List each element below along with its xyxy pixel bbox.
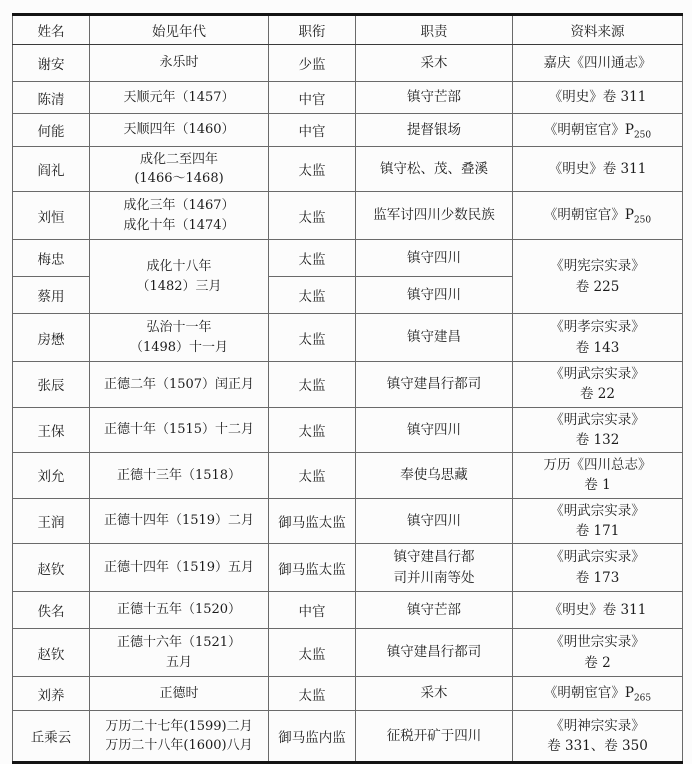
cell-name: 陈清	[13, 82, 90, 114]
cell-name: 张辰	[13, 362, 90, 408]
cell-era: 正德十三年（1518）	[90, 453, 269, 499]
header-era: 始见年代	[90, 15, 269, 45]
cell-duty: 监军讨四川少数民族	[356, 192, 513, 240]
cell-era: 永乐时	[90, 45, 269, 82]
cell-source: 《明武宗实录》卷 171	[513, 498, 683, 544]
cell-title: 御马监太监	[269, 498, 356, 544]
cell-era: 正德时	[90, 677, 269, 711]
cell-era: 正德十四年（1519）二月	[90, 498, 269, 544]
cell-duty: 镇守松、茂、叠溪	[356, 147, 513, 192]
cell-duty: 镇守四川	[356, 498, 513, 544]
page: 姓名 始见年代 职衔 职责 资料来源 谢安 永乐时 少监 采木 嘉庆《四川通志》…	[0, 0, 692, 764]
cell-name: 梅忠	[13, 240, 90, 277]
header-title: 职衔	[269, 15, 356, 45]
cell-duty: 镇守四川	[356, 277, 513, 314]
cell-title: 太监	[269, 277, 356, 314]
table-row: 何能 天顺四年（1460） 中官 提督银场 《明朝宦官》P250	[13, 114, 683, 147]
header-name: 姓名	[13, 15, 90, 45]
cell-era: 成化十八年（1482）三月	[90, 240, 269, 314]
cell-name: 赵钦	[13, 629, 90, 677]
page-subscript: 265	[634, 694, 651, 704]
table-row: 张辰 正德二年（1507）闰正月 太监 镇守建昌行都司 《明武宗实录》卷 22	[13, 362, 683, 408]
cell-name: 何能	[13, 114, 90, 147]
cell-source: 《明宪宗实录》卷 225	[513, 240, 683, 314]
cell-duty: 奉使乌思藏	[356, 453, 513, 499]
table-row: 赵钦 正德十四年（1519）五月 御马监太监 镇守建昌行都司并川南等处 《明武宗…	[13, 544, 683, 592]
cell-name: 阎礼	[13, 147, 90, 192]
header-source: 资料来源	[513, 15, 683, 45]
cell-name: 蔡用	[13, 277, 90, 314]
cell-source: 《明武宗实录》卷 173	[513, 544, 683, 592]
cell-era: 万历二十七年(1599)二月万历二十八年(1600)八月	[90, 711, 269, 763]
cell-source: 《明武宗实录》卷 132	[513, 407, 683, 453]
cell-name: 房懋	[13, 314, 90, 362]
cell-title: 太监	[269, 453, 356, 499]
cell-title: 太监	[269, 629, 356, 677]
cell-title: 御马监太监	[269, 544, 356, 592]
cell-title: 太监	[269, 147, 356, 192]
table-row: 丘乘云 万历二十七年(1599)二月万历二十八年(1600)八月 御马监内监 征…	[13, 711, 683, 763]
cell-era: 成化二至四年(1466～1468)	[90, 147, 269, 192]
cell-title: 中官	[269, 82, 356, 114]
cell-era: 弘治十一年（1498）十一月	[90, 314, 269, 362]
cell-name: 佚名	[13, 592, 90, 629]
cell-era: 正德十五年（1520）	[90, 592, 269, 629]
cell-source: 万历《四川总志》卷 1	[513, 453, 683, 499]
cell-source: 《明史》卷 311	[513, 82, 683, 114]
cell-title: 中官	[269, 592, 356, 629]
cell-era: 正德二年（1507）闰正月	[90, 362, 269, 408]
table-row: 佚名 正德十五年（1520） 中官 镇守芒部 《明史》卷 311	[13, 592, 683, 629]
cell-duty: 征税开矿于四川	[356, 711, 513, 763]
cell-source: 《明史》卷 311	[513, 147, 683, 192]
cell-title: 太监	[269, 362, 356, 408]
table-row: 刘允 正德十三年（1518） 太监 奉使乌思藏 万历《四川总志》卷 1	[13, 453, 683, 499]
cell-duty: 镇守建昌行都司并川南等处	[356, 544, 513, 592]
cell-duty: 采木	[356, 677, 513, 711]
cell-title: 太监	[269, 407, 356, 453]
cell-title: 太监	[269, 677, 356, 711]
cell-duty: 镇守芒部	[356, 592, 513, 629]
cell-duty: 镇守四川	[356, 407, 513, 453]
cell-name: 王润	[13, 498, 90, 544]
cell-title: 太监	[269, 240, 356, 277]
cell-source: 《明朝宦官》P265	[513, 677, 683, 711]
cell-name: 谢安	[13, 45, 90, 82]
cell-title: 太监	[269, 192, 356, 240]
cell-duty: 提督银场	[356, 114, 513, 147]
cell-era: 天顺元年（1457）	[90, 82, 269, 114]
cell-duty: 镇守四川	[356, 240, 513, 277]
cell-duty: 镇守芒部	[356, 82, 513, 114]
table-row: 阎礼 成化二至四年(1466～1468) 太监 镇守松、茂、叠溪 《明史》卷 3…	[13, 147, 683, 192]
cell-duty: 镇守建昌行都司	[356, 362, 513, 408]
cell-name: 刘恒	[13, 192, 90, 240]
cell-era: 正德十年（1515）十二月	[90, 407, 269, 453]
table-row: 梅忠 成化十八年（1482）三月 太监 镇守四川 《明宪宗实录》卷 225	[13, 240, 683, 277]
cell-title: 太监	[269, 314, 356, 362]
cell-source: 《明神宗实录》卷 331、卷 350	[513, 711, 683, 763]
cell-name: 王保	[13, 407, 90, 453]
cell-title: 中官	[269, 114, 356, 147]
table-row: 陈清 天顺元年（1457） 中官 镇守芒部 《明史》卷 311	[13, 82, 683, 114]
cell-duty: 镇守建昌行都司	[356, 629, 513, 677]
cell-era: 天顺四年（1460）	[90, 114, 269, 147]
page-subscript: 250	[634, 131, 651, 141]
cell-name: 赵钦	[13, 544, 90, 592]
table-row: 王保 正德十年（1515）十二月 太监 镇守四川 《明武宗实录》卷 132	[13, 407, 683, 453]
eunuchs-table: 姓名 始见年代 职衔 职责 资料来源 谢安 永乐时 少监 采木 嘉庆《四川通志》…	[12, 13, 683, 764]
header-duty: 职责	[356, 15, 513, 45]
table-row: 刘养 正德时 太监 采木 《明朝宦官》P265	[13, 677, 683, 711]
cell-source: 《明史》卷 311	[513, 592, 683, 629]
cell-source: 《明孝宗实录》卷 143	[513, 314, 683, 362]
cell-duty: 镇守建昌	[356, 314, 513, 362]
table-row: 房懋 弘治十一年（1498）十一月 太监 镇守建昌 《明孝宗实录》卷 143	[13, 314, 683, 362]
cell-name: 刘允	[13, 453, 90, 499]
cell-source: 嘉庆《四川通志》	[513, 45, 683, 82]
table-row: 赵钦 正德十六年（1521）五月 太监 镇守建昌行都司 《明世宗实录》卷 2	[13, 629, 683, 677]
cell-name: 刘养	[13, 677, 90, 711]
table-row: 王润 正德十四年（1519）二月 御马监太监 镇守四川 《明武宗实录》卷 171	[13, 498, 683, 544]
cell-name: 丘乘云	[13, 711, 90, 763]
header-row: 姓名 始见年代 职衔 职责 资料来源	[13, 15, 683, 45]
cell-era: 正德十四年（1519）五月	[90, 544, 269, 592]
cell-duty: 采木	[356, 45, 513, 82]
cell-title: 御马监内监	[269, 711, 356, 763]
page-subscript: 250	[634, 216, 651, 226]
cell-era: 成化三年（1467）成化十年（1474）	[90, 192, 269, 240]
cell-title: 少监	[269, 45, 356, 82]
cell-source: 《明武宗实录》卷 22	[513, 362, 683, 408]
cell-source: 《明朝宦官》P250	[513, 192, 683, 240]
cell-source: 《明朝宦官》P250	[513, 114, 683, 147]
table-row: 刘恒 成化三年（1467）成化十年（1474） 太监 监军讨四川少数民族 《明朝…	[13, 192, 683, 240]
cell-source: 《明世宗实录》卷 2	[513, 629, 683, 677]
table-row: 谢安 永乐时 少监 采木 嘉庆《四川通志》	[13, 45, 683, 82]
cell-era: 正德十六年（1521）五月	[90, 629, 269, 677]
